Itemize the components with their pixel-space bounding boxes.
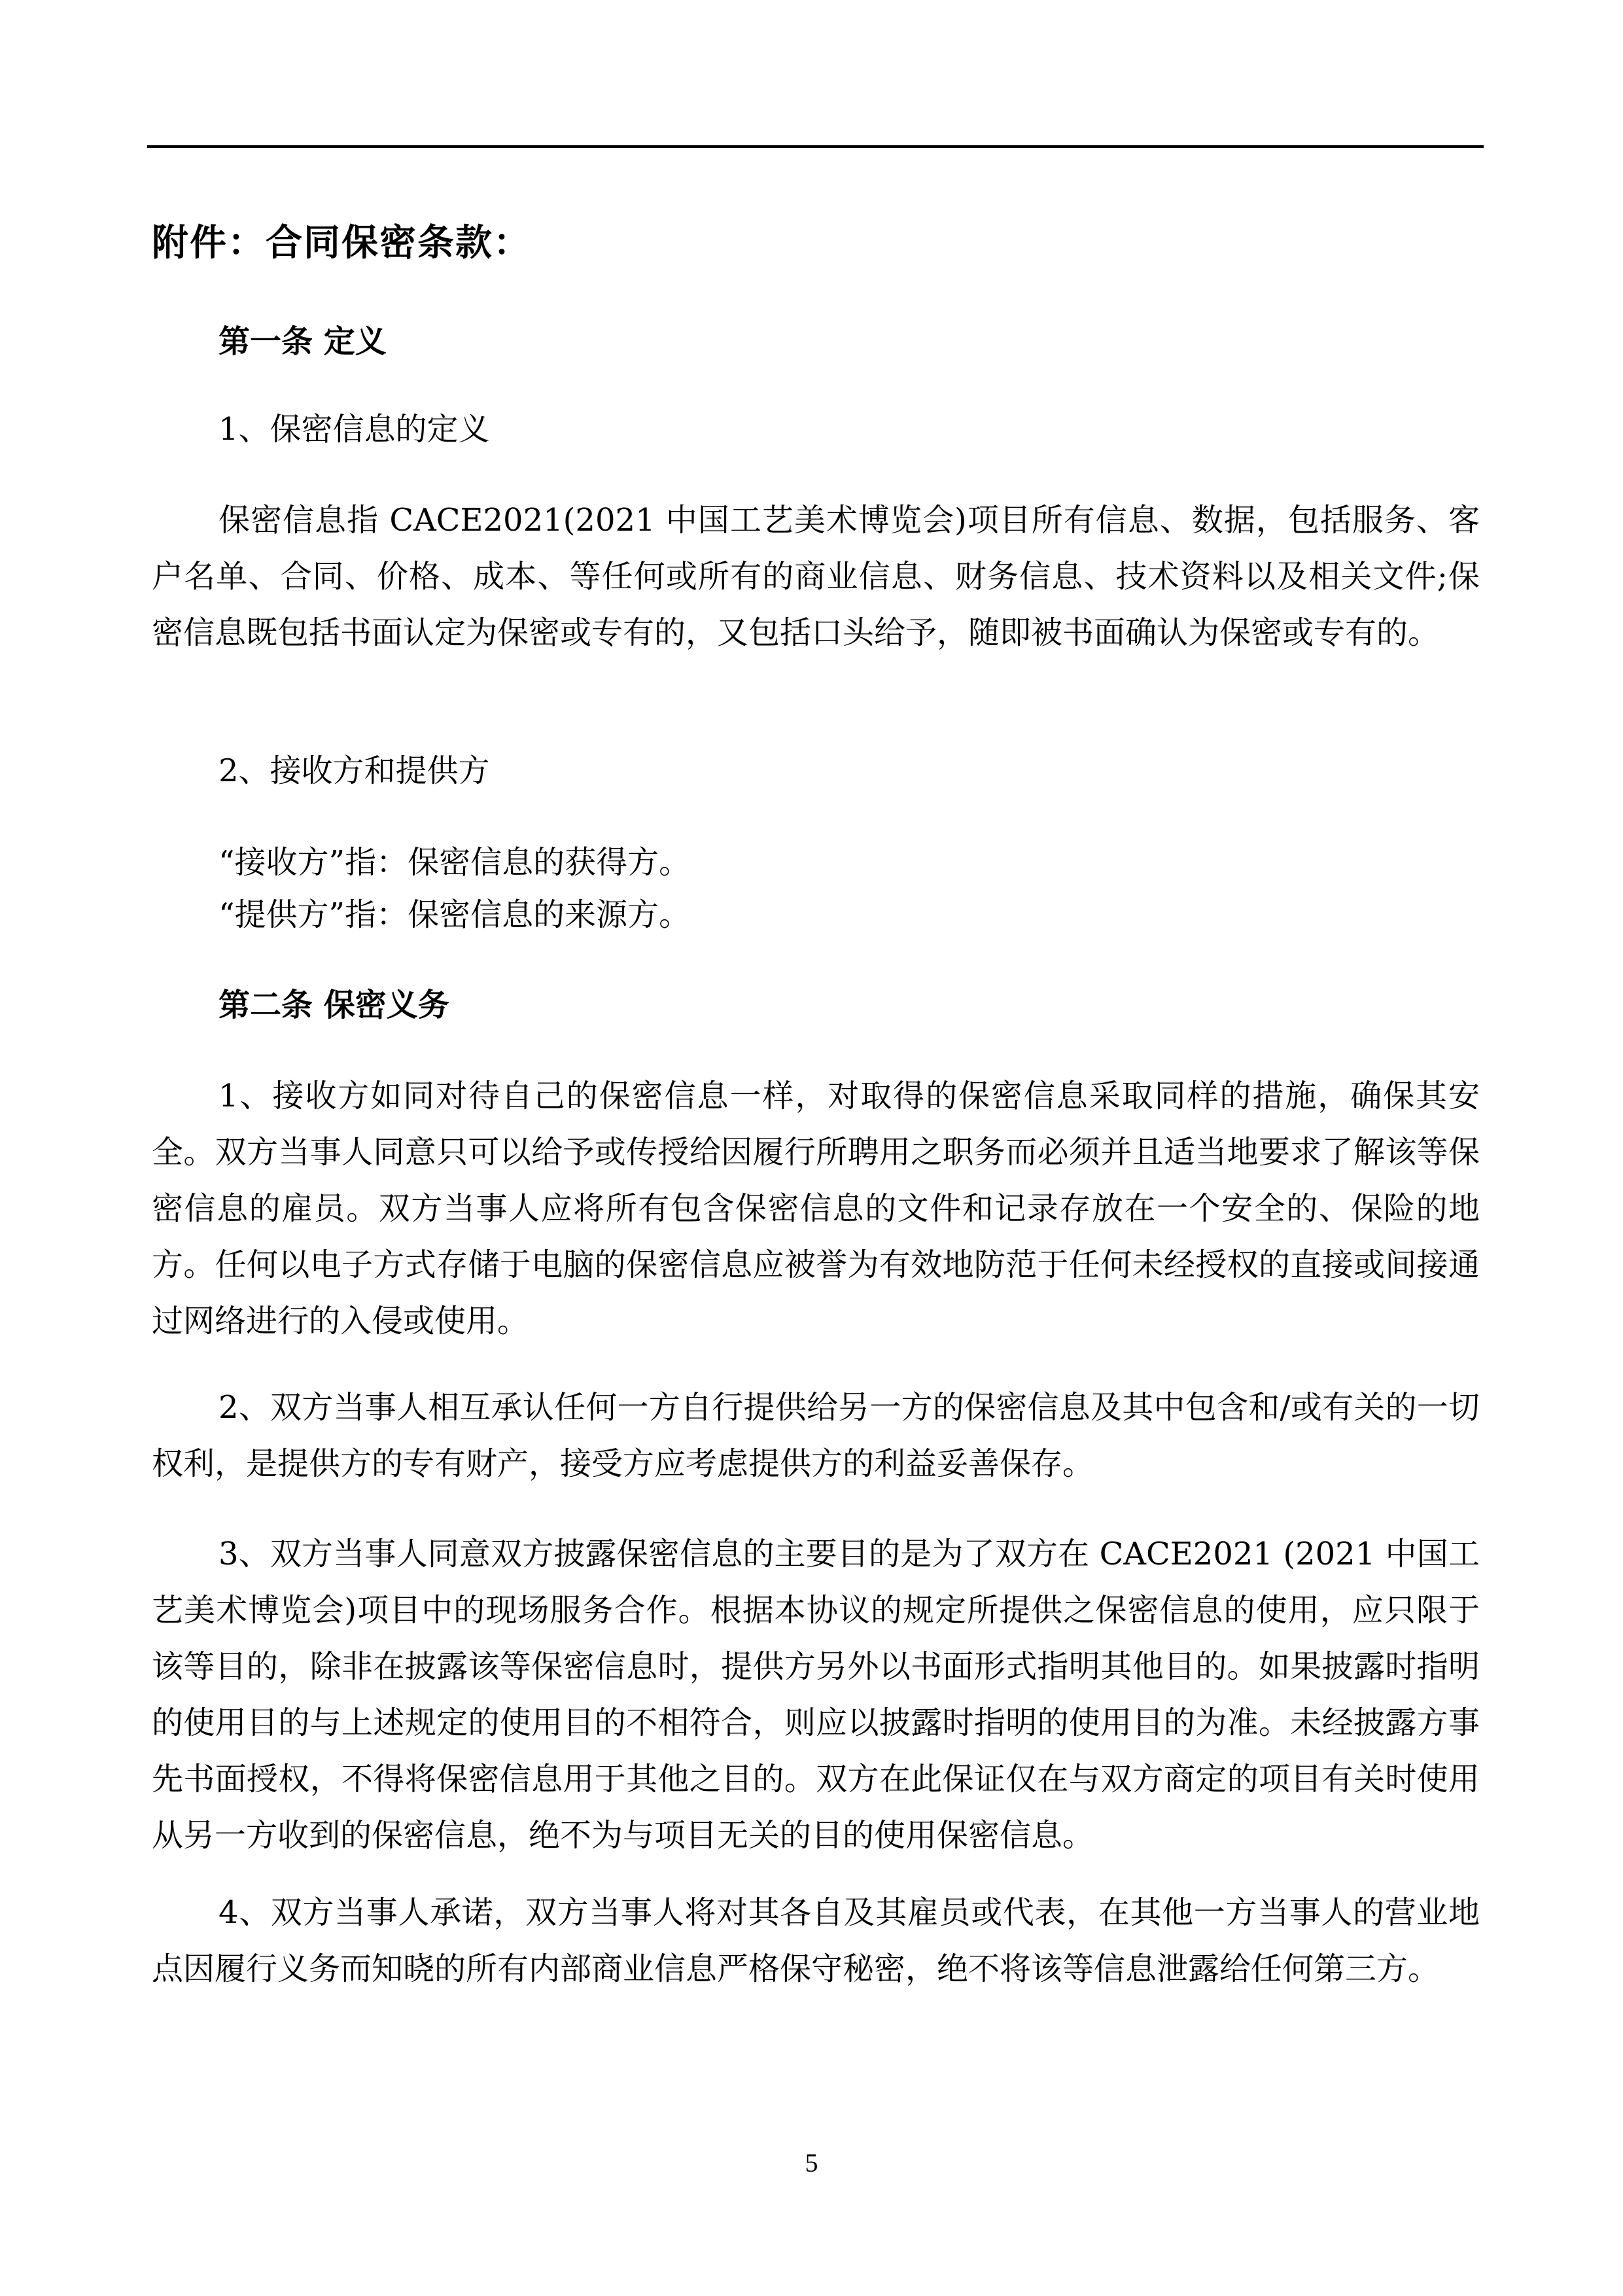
receiver-definition: “接收方”指：保密信息的获得方。 (218, 844, 690, 882)
article-2-heading: 第二条 保密义务 (218, 987, 449, 1025)
header-rule (147, 145, 1484, 148)
document-page: 附件：合同保密条款： 第一条 定义 1、保密信息的定义 保密信息指 CACE20… (0, 0, 1623, 2296)
provider-definition: “提供方”指：保密信息的来源方。 (218, 896, 690, 934)
article-2-clause-4: 4、双方当事人承诺，双方当事人将对其各自及其雇员或代表，在其他一方当事人的营业地… (152, 1884, 1480, 1997)
document-title: 附件：合同保密条款： (152, 221, 531, 265)
article-2-clause-1: 1、接收方如同对待自己的保密信息一样，对取得的保密信息采取同样的措施，确保其安全… (152, 1068, 1480, 1349)
article-1-heading: 第一条 定义 (218, 323, 387, 361)
article-2-clause-3: 3、双方当事人同意双方披露保密信息的主要目的是为了双方在 CACE2021 (2… (152, 1526, 1480, 1863)
article-2-clause-2: 2、双方当事人相互承认任何一方自行提供给另一方的保密信息及其中包含和/或有关的一… (152, 1379, 1480, 1492)
article-1-item-1-body: 保密信息指 CACE2021(2021 中国工艺美术博览会)项目所有信息、数据，… (152, 492, 1480, 661)
page-number: 5 (0, 2147, 1623, 2178)
article-1-item-2-title: 2、接收方和提供方 (218, 752, 490, 790)
article-1-item-1-title: 1、保密信息的定义 (218, 411, 490, 449)
